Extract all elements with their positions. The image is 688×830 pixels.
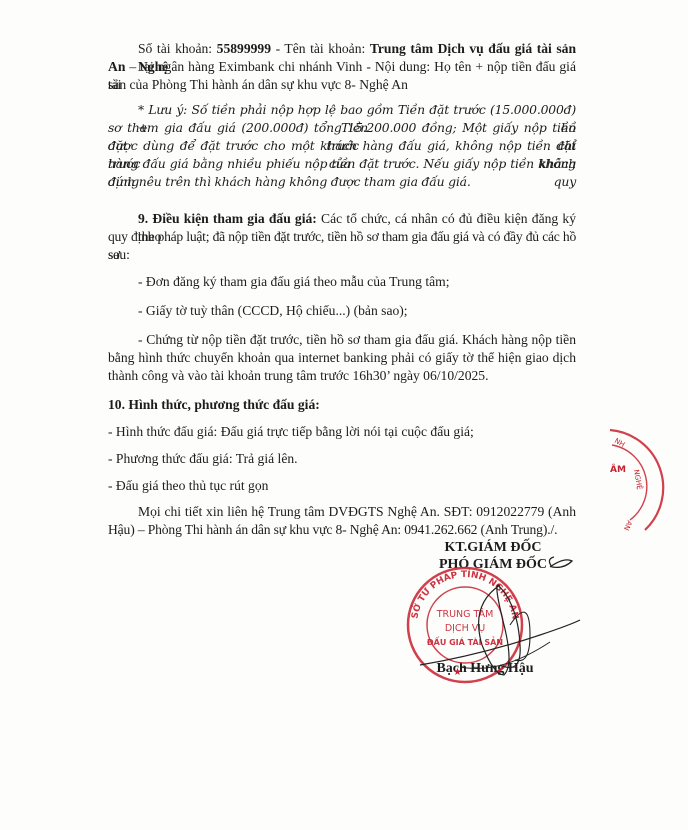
handwritten-signature	[400, 555, 600, 685]
account-line-3: sản của Phòng Thi hành án dân sự khu vực…	[108, 76, 408, 94]
account-number: 55899999	[217, 41, 271, 56]
section9-line-2: quy định pháp luật; đã nộp tiền đặt trướ…	[108, 228, 576, 264]
signature-title-1: KT.GIÁM ĐỐC	[418, 540, 568, 556]
svg-text:ÂM: ÂM	[610, 463, 626, 475]
section10-heading: 10. Hình thức, phương thức đấu giá:	[108, 396, 320, 414]
requirement-item: - Giấy tờ tuỳ thân (CCCD, Hộ chiếu...) (…	[108, 302, 408, 320]
account-name-cont: An	[108, 59, 125, 74]
auction-form-item: - Hình thức đấu giá: Đấu giá trực tiếp b…	[108, 423, 474, 441]
requirement-item: - Đơn đăng ký tham gia đấu giá theo mẫu …	[108, 273, 449, 291]
requirement-item-cont: thành công và vào tài khoản trung tâm tr…	[108, 367, 489, 385]
auction-procedure-item: - Đấu giá theo thủ tục rút gọn	[108, 477, 268, 495]
account-name-label: - Tên tài khoản:	[271, 41, 370, 56]
contact-line-2: Hậu) – Phòng Thi hành án dân sự khu vực …	[108, 521, 557, 539]
section9-heading: 9. Điều kiện tham gia đấu giá:	[138, 211, 317, 226]
auction-method-item: - Phương thức đấu giá: Trả giá lên.	[108, 450, 298, 468]
requirement-item-cont: bằng hình thức chuyển khoản qua internet…	[108, 349, 576, 367]
section10-heading-text: 10. Hình thức, phương thức đấu giá:	[108, 397, 320, 412]
note-line: định nêu trên thì khách hàng không được …	[108, 173, 471, 191]
svg-text:AN: AN	[622, 519, 633, 531]
svg-text:NGHỆ: NGHỆ	[632, 469, 644, 491]
section9-line-3: sau:	[108, 246, 130, 264]
contact-line-1: Mọi chi tiết xin liên hệ Trung tâm DVĐGT…	[108, 503, 576, 521]
account-label: Số tài khoản:	[138, 41, 217, 56]
svg-text:NH: NH	[613, 437, 626, 449]
side-stamp-partial: NH ÂM NGHỆ AN	[600, 420, 688, 540]
requirement-item: - Chứng từ nộp tiền đặt trước, tiền hồ s…	[108, 331, 576, 349]
